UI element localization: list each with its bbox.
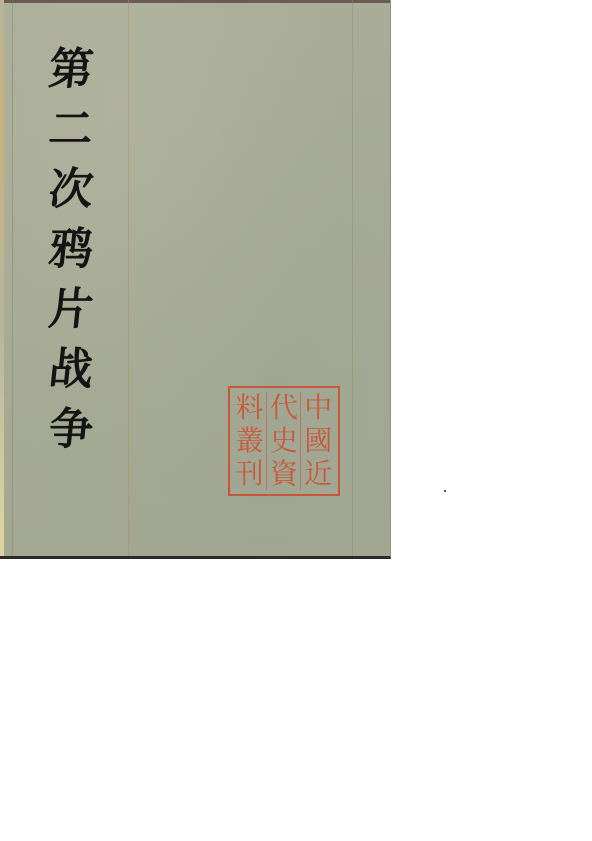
seal-column: 中 國 近 xyxy=(302,392,334,490)
scan-speck xyxy=(444,490,446,492)
seal-column: 料 叢 刊 xyxy=(234,392,267,490)
seal-column: 代 史 資 xyxy=(268,392,301,490)
title-char: 第 xyxy=(46,40,96,100)
seal-char: 叢 xyxy=(236,425,264,457)
seal-char: 國 xyxy=(304,425,332,457)
cover-fold-line xyxy=(128,0,129,556)
seal-char: 料 xyxy=(236,392,264,424)
series-seal-stamp: 中 國 近 代 史 資 料 叢 刊 xyxy=(228,386,340,496)
cover-left-edge xyxy=(0,0,4,556)
title-char: 次 xyxy=(46,160,96,220)
cover-fold-line xyxy=(12,0,13,556)
title-char: 片 xyxy=(46,280,96,340)
seal-char: 史 xyxy=(270,425,298,457)
cover-fold-line xyxy=(352,0,353,556)
seal-char: 中 xyxy=(304,392,332,424)
title-char: 争 xyxy=(46,400,96,460)
book-title: 第 二 次 鸦 片 战 争 xyxy=(42,40,100,460)
book-cover: 第 二 次 鸦 片 战 争 中 國 近 代 史 資 料 叢 刊 xyxy=(0,0,391,559)
title-char: 战 xyxy=(46,340,96,400)
title-char: 二 xyxy=(46,100,96,160)
title-char: 鸦 xyxy=(46,220,96,280)
seal-char: 近 xyxy=(304,458,332,490)
seal-char: 刊 xyxy=(236,458,264,490)
seal-char: 代 xyxy=(270,392,298,424)
seal-char: 資 xyxy=(270,458,298,490)
